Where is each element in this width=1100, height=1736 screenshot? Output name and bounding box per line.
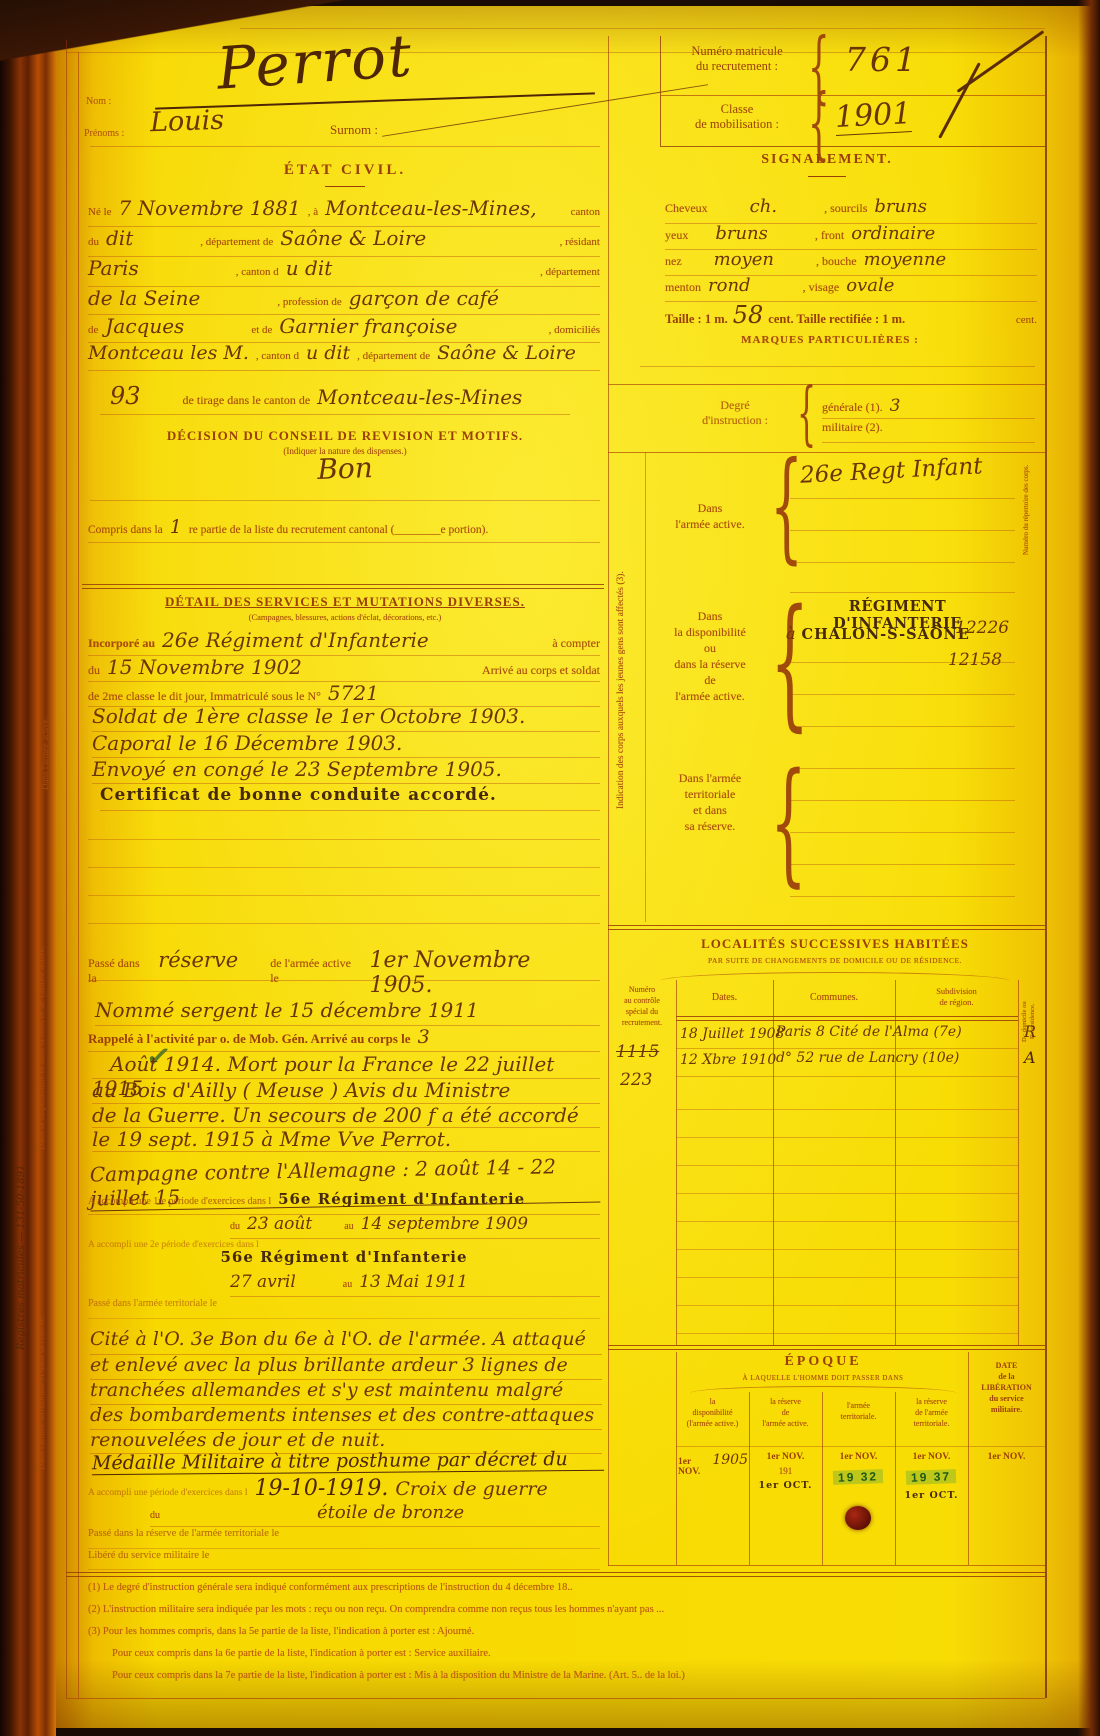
generale-label: générale (1). [822,400,883,415]
au-label-p2: au [343,1279,352,1290]
section-line [608,384,1045,385]
name-rule [90,146,600,147]
etat-civil-line3: Paris , canton d u dit , département [88,256,600,287]
ne-le-label: Né le [88,206,112,218]
fils-de-label: de [88,324,98,336]
periode1-regiment-stamp: 56e Régiment d'Infanterie [278,1190,525,1208]
epoque-header-rule [676,1446,1045,1447]
stamp-number-2: 12158 [948,650,1002,670]
signalement-line-4: menton rond , visage ovale [665,275,1037,302]
nez-value: moyen [714,249,774,270]
margin-label-registre: Registres matricules — 131-50-1891 [16,1130,27,1350]
epoque-cell4-print: 1er NOV. [895,1452,968,1462]
generale-value: 3 [890,396,901,416]
page-right-edge [1078,0,1100,1736]
decision-title: DÉCISION DU CONSEIL DE REVISION ET MOTIF… [90,428,600,444]
epoque-col3-header: l'armée territoriale. [822,1400,895,1422]
book-binding [0,0,56,1736]
rule [790,498,1015,499]
periode1-dates: du 23 août au 14 septembre 1909 [230,1214,600,1239]
epoque-cell5-print: 1er NOV. [968,1452,1045,1462]
frame-line [1045,36,1047,1698]
residant-label: , résidant [560,236,600,248]
visage-label: , visage [803,280,840,295]
decret-date: 19-10-1919. [254,1476,388,1501]
canton-d-label: , canton d [236,266,279,278]
numero-controle-new: 223 [620,1070,652,1090]
services-title: DÉTAIL DES SERVICES ET MUTATIONS DIVERSE… [90,594,600,610]
decret-line: A accompli une période d'exercices dans … [88,1476,600,1501]
etat-civil-line6: Montceau les M. , canton d u dit , dépar… [88,342,600,371]
bouche-label: , bouche [816,254,857,269]
departement-de2-label: , département de [357,350,430,362]
passe-reserve-value: réserve [158,948,238,972]
menton-value: rond [708,275,751,296]
tirage-line: 93 de tirage dans le canton de Montceau-… [100,382,570,415]
classe-label-line2: de mobilisation : [695,117,779,131]
residence-city: Paris [88,256,139,280]
immatricule-label: de 2me classe le dit jour, Immatriculé s… [88,689,321,704]
section-divider [608,925,1045,930]
matricule-corps-number: 5721 [328,681,379,705]
epoque-cell2-print: 1er NOV. [749,1452,822,1462]
du-label: du [88,236,99,248]
incorpore-label: Incorporé au [88,636,155,651]
departement-label: , département [540,266,600,278]
etat-civil-dash [325,186,365,187]
reserve-territoriale-line: Passé dans la réserve de l'armée territo… [88,1528,600,1549]
canton-dit: dit [106,226,133,250]
residence-canton: u dit [286,256,332,280]
periode1-start: 23 août [247,1214,312,1234]
margin-label-disponibilite: Dans la disponibilité et dans la réserve… [36,880,46,1150]
reserve-line: Passé dans la réserve de l'armée active … [88,948,600,981]
menton-label: menton [665,280,701,295]
domicilies-label: , domiciliés [549,324,600,336]
taille-line: Taille : 1 m. 58 cent. Taille rectifiée … [665,301,1037,329]
canton-label: canton [571,206,600,218]
domicile-departement: Saône & Loire [437,342,576,364]
corps-vertical-label: Indication des corps auxquels les jeunes… [616,460,638,920]
father-name: Jacques [105,314,184,338]
section-divider [608,1345,1045,1350]
matricule-label: Numéro matricule du recrutement : [672,44,802,74]
tirage-number: 93 [110,382,141,410]
rappel-label: Rappelé à l'activité par o. de Mob. Gén.… [88,1031,411,1047]
instruction-label-1: Degré [720,398,749,412]
localite-row1-dr: R [1024,1022,1036,1041]
profession-value: garçon de café [349,286,499,310]
etat-civil-line4: de la Seine , profession de garçon de ca… [88,286,600,315]
epoque-cell2-stamp: 1er OCT. [749,1480,822,1491]
tirage-label: de tirage dans le canton de [183,393,311,408]
footnote-4: Pour ceux compris dans la 6e partie de l… [112,1648,1042,1659]
instruction-militaire-line: militaire (2). [822,420,1035,443]
localites-subtitle: PAR SUITE DE CHANGEMENTS DE DOMICILE OU … [640,956,1030,965]
localite-row2-date: 12 Xbre 1910 [680,1052,774,1068]
stamp-number-1: 12226 [955,618,1009,638]
signalement-line-2: yeux bruns , front ordinaire [665,223,1037,250]
au-label-p1: au [344,1221,353,1232]
epoque-brace-curve [690,1386,956,1393]
etat-civil-line1: Né le 7 Novembre 1881 , à Montceau-les-M… [88,196,600,227]
rule [676,1076,1018,1077]
footer-divider [66,1572,1045,1577]
column-divider [608,36,609,1566]
service-line-1: Incorporé au 26e Régiment d'Infanterie à… [88,628,600,656]
green-date-stamp: 19 37 [906,1469,956,1485]
certificat-stamp: Certificat de bonne conduite accordé. [100,785,600,811]
epoque-subtitle: À LAQUELLE L'HOMME DOIT PASSER DANS [676,1374,970,1382]
marques-label: MARQUES PARTICULIÈRES : [640,334,1020,346]
green-date-stamp: 19 32 [833,1469,883,1485]
armee-active-brace: { [770,439,803,577]
compris-number: 1 [170,516,182,538]
epoque-cell2-sub: 191 [749,1466,822,1476]
footnote-5: Pour ceux compris dans la 7e partie de l… [112,1670,1042,1681]
rule [790,768,1015,769]
service-line-2: du 15 Novembre 1902 Arrivé au corps et s… [88,655,600,682]
epoque-line [676,1352,677,1565]
rappel-date: 3 [418,1026,430,1048]
epoque-col4-header: la réserve de l'armée territoriale. [895,1396,968,1429]
section-divider [82,584,604,589]
sourcils-label: , sourcils [824,201,867,216]
birth-date: 7 Novembre 1881 [119,196,301,220]
croix-de-guerre: Croix de guerre [395,1478,547,1500]
classe-label: Classe de mobilisation : [672,102,802,132]
incorporation-date: 15 Novembre 1902 [107,655,302,679]
localite-row2-commune: d° 52 rue de Lancry (10e) [776,1050,1016,1066]
matricule-box-divider [661,95,1046,96]
sourcils-value: bruns [874,196,927,217]
stamp-a-handwritten: à [786,624,796,643]
citation-line-3: tranchées allemandes et s'y est maintenu… [90,1379,602,1405]
footnote-3: (3) Pour les hommes compris, dans la 5e … [88,1626,1038,1637]
instruction-label-2: d'instruction : [702,413,768,427]
departement-de-label: , département de [200,236,273,248]
epoque-cell1-hand: 1905 [712,1452,748,1468]
rule [790,592,1015,593]
compris-label-b: re partie de la liste du recrutement can… [189,524,489,536]
margin-label-territoriale: Dans l'armée territoriale et dans sa rés… [36,1250,46,1470]
rule [676,1048,1018,1049]
etat-civil-title: ÉTAT CIVIL. [90,162,600,179]
a-compter-label: à compter [552,636,600,651]
taille-label: Taille : 1 m. [665,312,728,327]
profession-label: , profession de [277,296,341,308]
service-line-4: Soldat de 1ère classe le 1er Octobre 190… [92,704,600,732]
instruction-label: Degré d'instruction : [680,398,790,428]
matricule-label-line2: du recrutement : [696,59,778,73]
libere-line: Libéré du service militaire le [88,1550,600,1570]
signalement-line-1: Cheveux ch. , sourcils bruns [665,196,1037,224]
surnom-label: Surnom : [330,122,378,138]
disponibilite-label: Dans la disponibilité ou dans la réserve… [648,608,772,704]
tirage-canton: Montceau-les-Mines [317,385,522,409]
epoque-cell1-print: 1er NOV. [678,1457,709,1477]
epoque-cell3-print: 1er NOV. [822,1452,895,1462]
bouche-value: moyenne [864,249,947,270]
nom-label: Nom : [86,96,111,107]
localites-blank-rows [676,1082,1018,1342]
etoile-line: du étoile de bronze [150,1502,600,1527]
footnote-1: (1) Le degré d'instruction générale sera… [88,1582,1038,1593]
rule [640,366,1035,367]
localite-row1-date: 18 Juillet 1908 [680,1026,774,1042]
passe-reserve-label-b: de l'armée active le [270,956,362,986]
periode1-label: A accompli une 1re période d'exercices d… [88,1196,271,1207]
cheveux-label: Cheveux [665,201,708,216]
et-de-label: et de [251,324,272,336]
periode1-end: 14 septembre 1909 [361,1214,528,1234]
yeux-value: bruns [715,223,768,244]
red-wax-seal [845,1506,871,1530]
rule [790,800,1015,801]
frame-line [66,40,67,1698]
classe-value: 1901 [834,96,912,136]
instruction-generale-line: générale (1). 3 [822,396,1035,419]
rule [790,726,1015,727]
taille-rectifiee-label: cent. Taille rectifiée : 1 m. [768,312,905,327]
footnote-2: (2) L'instruction militaire sera indiqué… [88,1604,1038,1615]
signalement-line-3: nez moyen , bouche moyenne [665,249,1037,276]
incorpore-regiment: 26e Régiment d'Infanterie [162,628,429,652]
medaille-line: Médaille Militaire à titre posthume par … [92,1448,604,1475]
periode2-end: 13 Mai 1911 [359,1272,468,1292]
territoriale-line: Passé dans l'armée territoriale le [88,1298,600,1319]
signalement-title: SIGNALEMENT. [612,152,1042,168]
epoque-col1-header: la disponibilité (l'armée active.) [676,1396,749,1429]
arrive-label: Arrivé au corps et soldat [482,663,600,678]
blank-ruled-lines [88,812,600,942]
rule [790,864,1015,865]
rule [790,832,1015,833]
col-dates-header: Dates. [676,992,773,1003]
cent-label: cent. [1016,314,1037,326]
prenoms-label: Prénoms : [84,128,124,139]
services-subtitle: (Campagnes, blessures, actions d'éclat, … [90,612,600,622]
birth-place: Montceau-les-Mines, [325,196,537,220]
passe-reserve-label-a: Passé dans la [88,956,151,986]
col-communes-header: Communes. [773,992,895,1003]
birth-departement: Saône & Loire [280,226,426,250]
matricule-label-line1: Numéro matricule [691,44,782,58]
nez-label: nez [665,254,682,269]
rule [790,662,1015,663]
margin-label-armee-active: Dans l'armée active. [40,600,50,790]
front-label: , front [815,228,844,243]
epoque-cell1: 1er NOV. 1905 [678,1452,748,1477]
epoque-cell3-greenstamp: 19 32 [826,1468,891,1486]
epoque-date-header: DATE de la LIBÉRATION du service militai… [968,1360,1045,1415]
mort-line-3: de la Guerre. Un secours de 200 f a été … [92,1103,600,1128]
service-line-5: Caporal le 16 Décembre 1903. [92,731,600,758]
epoque-col2-header: la réserve de l'armée active. [749,1396,822,1429]
frame-line [66,1698,1045,1699]
citation-line-4: des bombardements intenses et des contre… [90,1404,602,1430]
armee-active-label: Dans l'armée active. [650,500,770,532]
signalement-dash [808,176,846,177]
firstname-handwritten: Louis [149,105,224,139]
domicile-commune: Montceau les M. [88,342,249,364]
etat-civil-line5: de Jacques et de Garnier françoise , dom… [88,314,600,343]
epoque-title: ÉPOQUE [676,1354,970,1370]
mort-line-2: au Bois d'Ailly ( Meuse ) Avis du Minist… [92,1078,600,1104]
domicile-canton: u dit [306,342,350,364]
numero-controle-label: Numéro au contrôle spécial du recrutemen… [610,984,674,1028]
du-date-label: du [88,663,100,678]
du-label-2: du [150,1510,160,1521]
service-line-6: Envoyé en congé le 23 Septembre 1905. [92,757,600,784]
rule [790,530,1015,531]
mort-line-1: Août 1914. Mort pour la France le 22 jui… [92,1052,600,1079]
table-header-rule [676,1016,1018,1021]
periode3-label: A accompli une période d'exercices dans … [88,1488,247,1498]
militaire-label: militaire (2). [822,420,883,435]
periode2-start: 27 avril [230,1272,296,1292]
epoque-bottom-line [608,1565,1045,1566]
taille-value: 58 [733,301,764,329]
etat-civil-line2: du dit , département de Saône & Loire , … [88,226,600,257]
periode2-regiment-stamp: 56e Régiment d'Infanterie [88,1248,600,1266]
a-label: , à [308,206,318,218]
corps-inner-line [645,452,646,922]
matricule-value: 761 [845,40,920,79]
rule [790,896,1015,897]
col-subdivision-header: Subdivision de région. [895,986,1018,1008]
residence-departement: de la Seine [88,286,200,310]
visage-value: ovale [846,275,894,296]
register-page-scan: Dans l'armée active. Dans la disponibili… [0,0,1100,1736]
classe-label-line1: Classe [721,102,754,116]
passe-reserve-date: 1er Novembre 1905. [369,948,600,998]
repertoire-vertical-label: Numéro du répertoire des corps. [1022,455,1040,565]
localite-row1-commune: Paris 8 Cité de l'Alma (7e) [776,1024,1016,1040]
periode2-dates: 27 avril au 13 Mai 1911 [230,1272,600,1297]
cheveux-value: ch. [750,196,777,217]
table-line [1018,980,1019,1345]
localites-title: LOCALITÉS SUCCESSIVES HABITÉES [640,936,1030,952]
rule [790,562,1015,563]
epoque-cell4-stamp: 1er OCT. [895,1490,968,1501]
front-value: ordinaire [851,223,935,244]
sergent-line: Nommé sergent le 15 décembre 1911 [95,998,600,1026]
rule [790,694,1015,695]
compris-label-a: Compris dans la [88,524,163,536]
yeux-label: yeux [665,228,688,243]
periode1-line: A accompli une 1re période d'exercices d… [88,1190,600,1215]
mort-line-4: le 19 sept. 1915 à Mme Vve Perrot. [92,1127,600,1152]
chalon-stamp: CHALON-S-SAÔNE [802,626,970,643]
rule [90,500,600,501]
epoque-cell4-greenstamp: 19 37 [899,1468,964,1486]
citation-line-2: et enlevé avec la plus brillante ardeur … [90,1354,602,1380]
citation-line-1: Cité à l'O. 3e Bon du 6e à l'O. de l'arm… [90,1328,602,1355]
du-label-p1: du [230,1221,240,1232]
mother-name: Garnier françoise [279,314,457,338]
compris-line: Compris dans la 1 re partie de la liste … [88,516,600,543]
etoile-bronze: étoile de bronze [317,1502,464,1523]
canton-d2-label: , canton d [256,350,299,362]
territoriale-label: Dans l'armée territoriale et dans sa rés… [648,770,772,834]
frame-line [78,52,79,1698]
numero-controle-old: 1115 [616,1042,659,1062]
localite-row2-dr: A [1024,1048,1036,1067]
